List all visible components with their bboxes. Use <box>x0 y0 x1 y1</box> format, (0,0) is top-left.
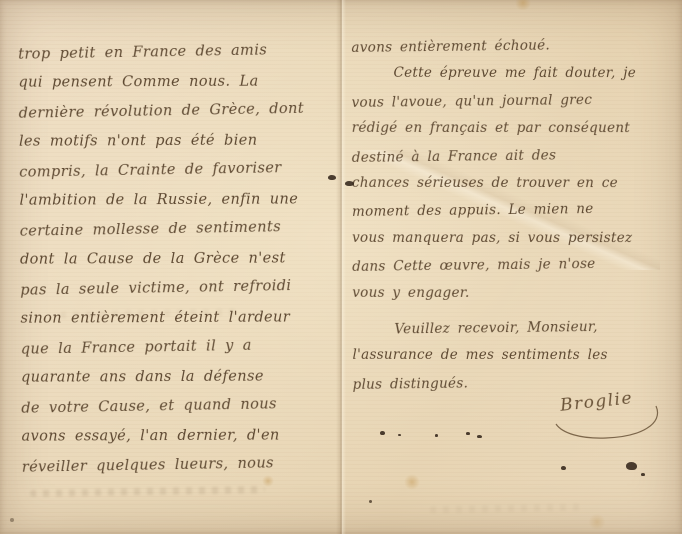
handwriting-line: que la France portait il y a <box>21 330 337 365</box>
ink-blot <box>345 181 354 186</box>
handwriting-line: destiné à la France ait des <box>352 141 670 172</box>
handwriting-line: vous l'avoue, qu'un journal grec <box>351 86 669 117</box>
handwriting-line: avons essayé, l'an dernier, d'en <box>21 421 337 452</box>
page-left: trop petit en France des amis qui pensen… <box>18 37 338 482</box>
page-right: avons entièrement échoué. Cette épreuve … <box>351 32 670 397</box>
ink-blot <box>435 434 438 437</box>
handwriting-line: sinon entièrement éteint l'ardeur <box>20 303 336 334</box>
ink-speck <box>369 500 372 503</box>
handwriting-line: dont la Cause de la Grèce n'est <box>20 244 336 275</box>
ink-blot <box>380 431 385 435</box>
handwriting-line: trop petit en France des amis <box>18 35 334 70</box>
handwriting-line: chances sérieuses de trouver en ce <box>352 170 670 198</box>
ink-speck <box>10 518 14 522</box>
ink-blot <box>641 473 645 476</box>
bleedthrough-text <box>430 504 580 514</box>
ink-blot <box>477 435 482 438</box>
handwriting-line: dans Cette œuvre, mais je n'ose <box>352 250 670 281</box>
stain <box>404 474 420 490</box>
handwriting-line: vous y engager. <box>352 279 670 307</box>
handwriting-line: l'ambition de la Russie, enfin une <box>19 185 335 216</box>
ink-blot <box>626 462 637 470</box>
stain <box>588 514 606 530</box>
handwriting-line: moment des appuis. Le mien ne <box>352 195 670 226</box>
handwriting-line: compris, la Crainte de favoriser <box>19 153 335 188</box>
handwriting-line: avons entièrement échoué. <box>351 31 669 62</box>
handwriting-line: qui pensent Comme nous. La <box>18 67 334 98</box>
handwriting-line: vous manquera pas, si vous persistez <box>352 225 670 253</box>
ink-blot <box>466 432 470 435</box>
handwriting-line: l'assurance de mes sentiments les <box>352 342 670 370</box>
bleedthrough-text <box>30 486 265 497</box>
handwriting-line: réveiller quelques lueurs, nous <box>22 448 338 483</box>
letter-sheet: trop petit en France des amis qui pensen… <box>0 0 682 534</box>
stain <box>262 475 274 487</box>
ink-blot <box>398 434 401 436</box>
handwriting-line: les motifs n'ont pas été bien <box>19 126 335 157</box>
ink-blot <box>328 175 336 180</box>
ink-blot <box>561 466 566 470</box>
handwriting-line: Cette épreuve me fait douter, je <box>351 60 669 88</box>
handwriting-line: quarante ans dans la défense <box>21 362 337 393</box>
handwriting-line: pas la seule victime, ont refroidi <box>20 271 336 306</box>
stain <box>514 0 532 10</box>
handwriting-line: dernière révolution de Grèce, dont <box>18 94 334 129</box>
handwriting-line: de votre Cause, et quand nous <box>21 389 337 424</box>
handwriting-line: Veuillez recevoir, Monsieur, <box>352 313 670 344</box>
handwriting-line: rédigé en français et par conséquent <box>352 115 670 143</box>
handwriting-line: certaine mollesse de sentiments <box>20 212 336 247</box>
